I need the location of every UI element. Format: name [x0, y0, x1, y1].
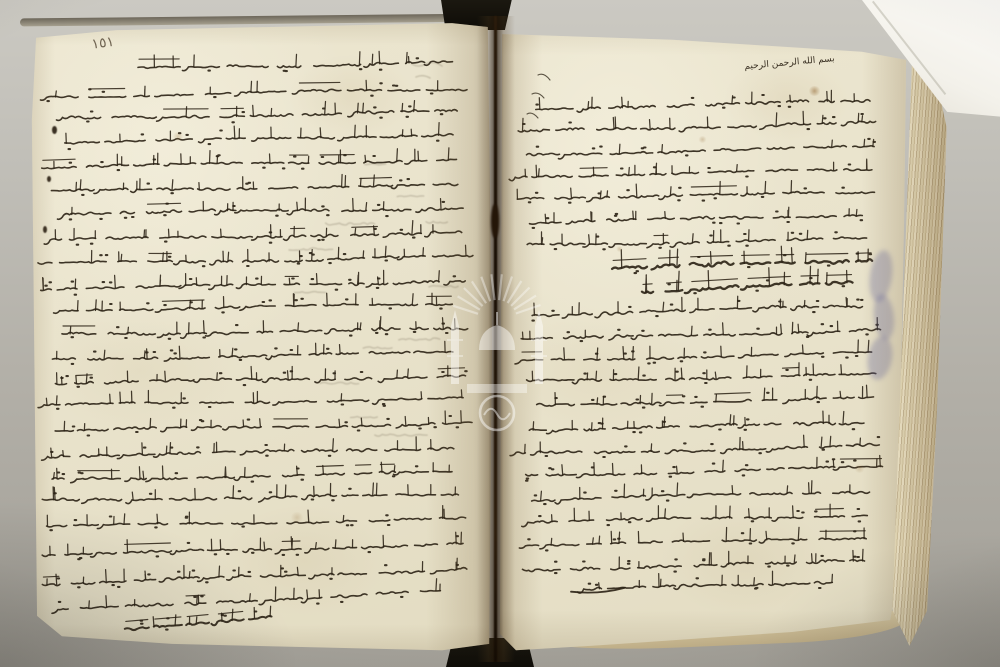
- ink-blot: [43, 226, 47, 233]
- ink-blot: [52, 126, 57, 134]
- mosque-watermark-icon: [427, 256, 569, 442]
- manuscript-photo: ١٥١ بسم الله الرحمن الرحيم: [0, 0, 1000, 667]
- handwriting-left: [22, 20, 492, 656]
- left-page: ١٥١: [22, 20, 492, 656]
- binding-knot: [491, 204, 499, 238]
- ink-blot: [47, 176, 51, 182]
